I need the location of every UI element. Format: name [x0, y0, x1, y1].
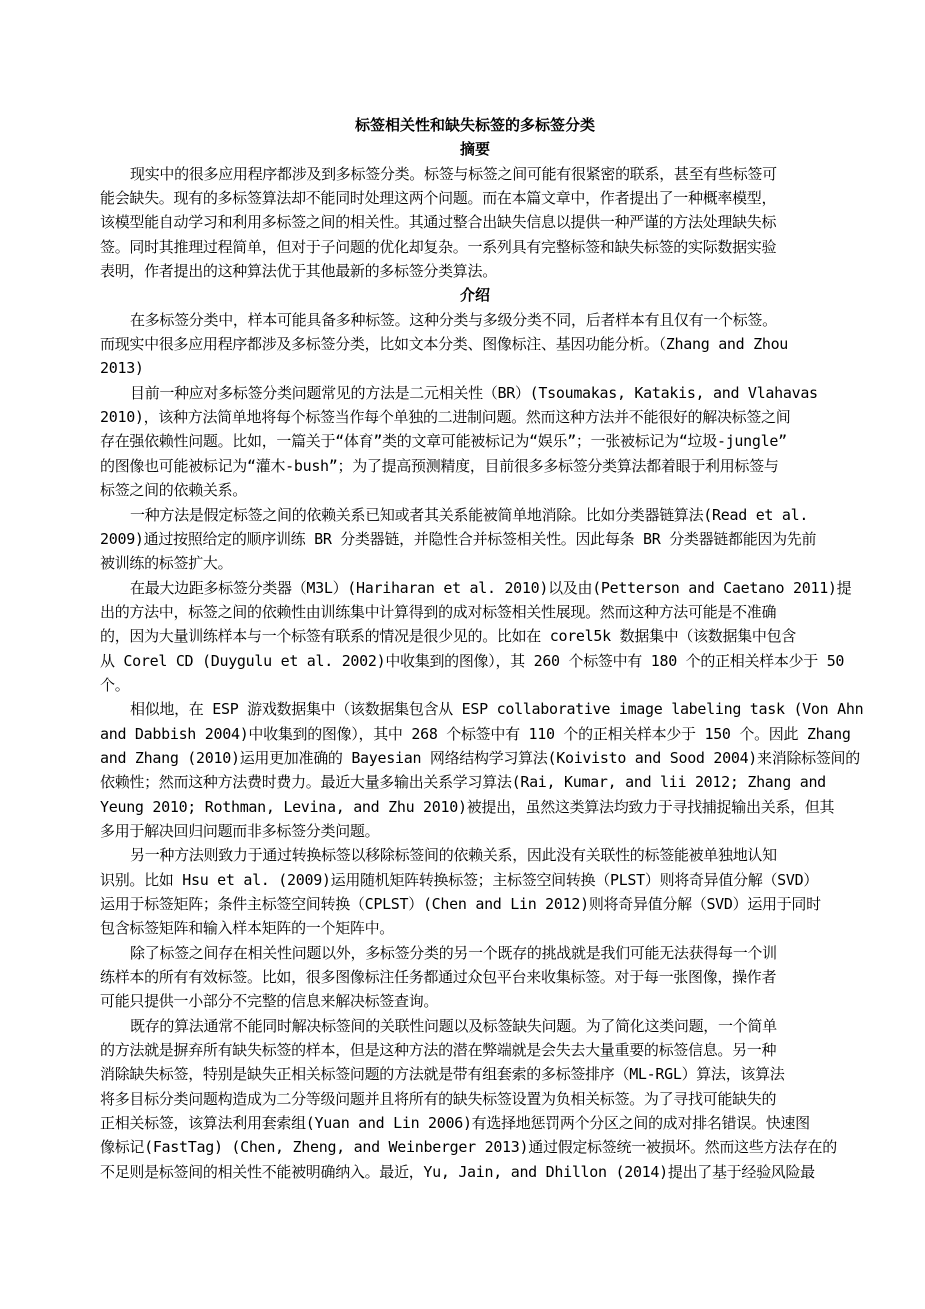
text-line: 能会缺失。现有的多标签算法却不能同时处理这两个问题。而在本篇文章中，作者提出了一…: [100, 186, 850, 210]
text-line: 2013): [100, 356, 850, 380]
text-line: 正相关标签，该算法利用套索组(Yuan and Lin 2006)有选择地惩罚两…: [100, 1111, 850, 1135]
text-line: 既存的算法通常不能同时解决标签间的关联性问题以及标签缺失问题。为了简化这类问题，…: [100, 1014, 850, 1038]
paragraph: 一种方法是假定标签之间的依赖关系已知或者其关系能被简单地消除。比如分类器链算法(…: [100, 503, 850, 576]
text-line: 出的方法中，标签之间的依赖性由训练集中计算得到的成对标签相关性展现。然而这种方法…: [100, 600, 850, 624]
text-line: 而现实中很多应用程序都涉及多标签分类，比如文本分类、图像标注、基因功能分析。（Z…: [100, 332, 850, 356]
section-heading: 介绍: [100, 283, 850, 307]
text-line: 的，因为大量训练样本与一个标签有联系的情况是很少见的。比如在 corel5k 数…: [100, 624, 850, 648]
text-line: 相似地，在 ESP 游戏数据集中（该数据集包含从 ESP collaborati…: [100, 697, 850, 721]
text-line: 的方法就是摒弃所有缺失标签的样本，但是这种方法的潜在弊端就是会失去大量重要的标签…: [100, 1038, 850, 1062]
text-line: 的图像也可能被标记为“灌木-bush”；为了提高预测精度，目前很多多标签分类算法…: [100, 454, 850, 478]
text-line: 不足则是标签间的相关性不能被明确纳入。最近，Yu, Jain, and Dhil…: [100, 1160, 850, 1184]
text-line: 将多目标分类问题构造成为二分等级问题并且将所有的缺失标签设置为负相关标签。为了寻…: [100, 1087, 850, 1111]
text-line: 练样本的所有有效标签。比如，很多图像标注任务都通过众包平台来收集标签。对于每一张…: [100, 965, 850, 989]
document-body: 摘要现实中的很多应用程序都涉及到多标签分类。标签与标签之间可能有很紧密的联系，甚…: [100, 137, 850, 1184]
paragraph: 现实中的很多应用程序都涉及到多标签分类。标签与标签之间可能有很紧密的联系，甚至有…: [100, 162, 850, 284]
paragraph: 目前一种应对多标签分类问题常见的方法是二元相关性（BR）(Tsoumakas, …: [100, 381, 850, 503]
text-line: 个。: [100, 673, 850, 697]
text-line: 一种方法是假定标签之间的依赖关系已知或者其关系能被简单地消除。比如分类器链算法(…: [100, 503, 850, 527]
text-line: 该模型能自动学习和利用多标签之间的相关性。其通过整合出缺失信息以提供一种严谨的方…: [100, 210, 850, 234]
text-line: and Dabbish 2004)中收集到的图像），其中 268 个标签中有 1…: [100, 722, 850, 746]
text-line: 像标记(FastTag) (Chen, Zheng, and Weinberge…: [100, 1135, 850, 1159]
text-line: 现实中的很多应用程序都涉及到多标签分类。标签与标签之间可能有很紧密的联系，甚至有…: [100, 162, 850, 186]
paragraph: 在多标签分类中，样本可能具备多种标签。这种分类与多级分类不同，后者样本有且仅有一…: [100, 308, 850, 381]
text-line: and Zhang (2010)运用更加准确的 Bayesian 网络结构学习算…: [100, 746, 850, 770]
text-line: 可能只提供一小部分不完整的信息来解决标签查询。: [100, 989, 850, 1013]
text-line: 目前一种应对多标签分类问题常见的方法是二元相关性（BR）(Tsoumakas, …: [100, 381, 850, 405]
document-title: 标签相关性和缺失标签的多标签分类: [100, 113, 850, 137]
section-heading: 摘要: [100, 137, 850, 161]
text-line: 多用于解决回归问题而非多标签分类问题。: [100, 819, 850, 843]
text-line: 包含标签矩阵和输入样本矩阵的一个矩阵中。: [100, 916, 850, 940]
text-line: 2010)，该种方法简单地将每个标签当作每个单独的二进制问题。然而这种方法并不能…: [100, 405, 850, 429]
paragraph: 既存的算法通常不能同时解决标签间的关联性问题以及标签缺失问题。为了简化这类问题，…: [100, 1014, 850, 1184]
text-line: 2009)通过按照给定的顺序训练 BR 分类器链，并隐性合并标签相关性。因此每条…: [100, 527, 850, 551]
text-line: 另一种方法则致力于通过转换标签以移除标签间的依赖关系，因此没有关联性的标签能被单…: [100, 843, 850, 867]
text-line: 表明，作者提出的这种算法优于其他最新的多标签分类算法。: [100, 259, 850, 283]
text-line: 运用于标签矩阵；条件主标签空间转换（CPLST）(Chen and Lin 20…: [100, 892, 850, 916]
paragraph: 在最大边距多标签分类器（M3L）(Hariharan et al. 2010)以…: [100, 576, 850, 698]
text-line: 识别。比如 Hsu et al. (2009)运用随机矩阵转换标签；主标签空间转…: [100, 868, 850, 892]
paragraph: 相似地，在 ESP 游戏数据集中（该数据集包含从 ESP collaborati…: [100, 697, 850, 843]
text-line: 在多标签分类中，样本可能具备多种标签。这种分类与多级分类不同，后者样本有且仅有一…: [100, 308, 850, 332]
text-line: 存在强依赖性问题。比如，一篇关于“体育”类的文章可能被标记为“娱乐”；一张被标记…: [100, 429, 850, 453]
text-line: 签。同时其推理过程简单，但对于子问题的优化却复杂。一系列具有完整标签和缺失标签的…: [100, 235, 850, 259]
text-line: 消除缺失标签，特别是缺失正相关标签问题的方法就是带有组套索的多标签排序（ML-R…: [100, 1062, 850, 1086]
text-line: Yeung 2010; Rothman, Levina, and Zhu 201…: [100, 795, 850, 819]
paragraph: 另一种方法则致力于通过转换标签以移除标签间的依赖关系，因此没有关联性的标签能被单…: [100, 843, 850, 940]
text-line: 在最大边距多标签分类器（M3L）(Hariharan et al. 2010)以…: [100, 576, 850, 600]
text-line: 依赖性；然而这种方法费时费力。最近大量多输出关系学习算法(Rai, Kumar,…: [100, 770, 850, 794]
text-line: 除了标签之间存在相关性问题以外，多标签分类的另一个既存的挑战就是我们可能无法获得…: [100, 941, 850, 965]
text-line: 标签之间的依赖关系。: [100, 478, 850, 502]
text-line: 被训练的标签扩大。: [100, 551, 850, 575]
document-page: 标签相关性和缺失标签的多标签分类 摘要现实中的很多应用程序都涉及到多标签分类。标…: [0, 0, 925, 1309]
text-line: 从 Corel CD (Duygulu et al. 2002)中收集到的图像）…: [100, 649, 850, 673]
paragraph: 除了标签之间存在相关性问题以外，多标签分类的另一个既存的挑战就是我们可能无法获得…: [100, 941, 850, 1014]
